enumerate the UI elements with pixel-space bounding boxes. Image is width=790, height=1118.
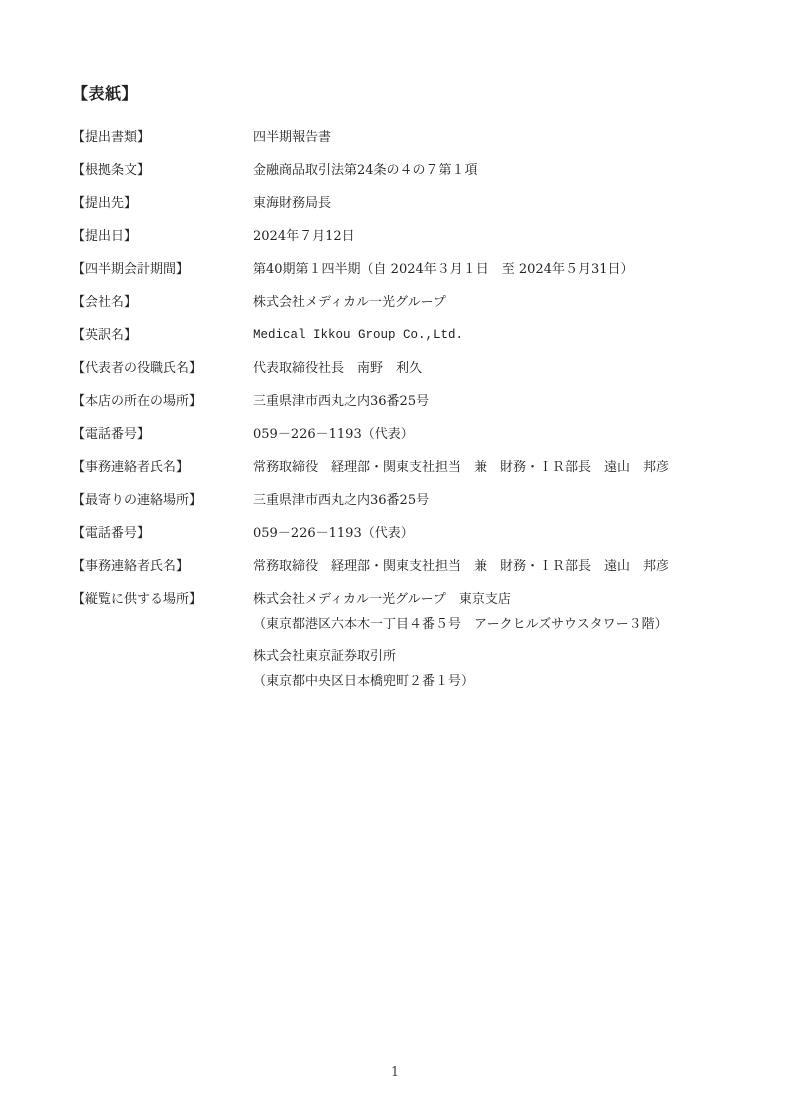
field-label: 【最寄りの連絡場所】: [72, 492, 253, 509]
field-label: 【本店の所在の場所】: [72, 393, 253, 410]
field-value: 059－226－1193（代表）: [253, 525, 750, 542]
field-label: 【電話番号】: [72, 426, 253, 443]
field-value: 株式会社メディカル一光グループ: [253, 294, 750, 311]
field-value: 代表取締役社長 南野 利久: [253, 360, 750, 377]
field-row-legal-basis: 【根拠条文】 金融商品取引法第24条の４の７第１項: [72, 162, 750, 179]
field-value: 第40期第１四半期（自 2024年３月１日 至 2024年５月31日）: [253, 261, 750, 278]
field-value: 常務取締役 経理部・関東支社担当 兼 財務・ＩＲ部長 遠山 邦彦: [253, 459, 750, 476]
field-value: 四半期報告書: [253, 129, 750, 146]
field-label: 【代表者の役職氏名】: [72, 360, 253, 377]
field-row-contact-person-1: 【事務連絡者氏名】 常務取締役 経理部・関東支社担当 兼 財務・ＩＲ部長 遠山 …: [72, 459, 750, 476]
inspection-place-address: （東京都中央区日本橋兜町２番１号）: [253, 673, 750, 690]
field-row-contact-person-2: 【事務連絡者氏名】 常務取締役 経理部・関東支社担当 兼 財務・ＩＲ部長 遠山 …: [72, 558, 750, 575]
field-row-company-name: 【会社名】 株式会社メディカル一光グループ: [72, 294, 750, 311]
inspection-place-address: （東京都港区六本木一丁目４番５号 アークヒルズサウスタワー３階）: [253, 616, 750, 633]
field-row-submitted-document: 【提出書類】 四半期報告書: [72, 129, 750, 146]
field-row-submission-date: 【提出日】 2024年７月12日: [72, 228, 750, 245]
field-value: 常務取締役 経理部・関東支社担当 兼 財務・ＩＲ部長 遠山 邦彦: [253, 558, 750, 575]
field-label: 【会社名】: [72, 294, 253, 311]
cover-title: 【表紙】: [72, 83, 750, 104]
field-label: 【英訳名】: [72, 327, 253, 344]
field-label: 【事務連絡者氏名】: [72, 558, 253, 575]
inspection-place-name: 株式会社メディカル一光グループ 東京支店: [253, 591, 750, 608]
field-label: 【提出日】: [72, 228, 253, 245]
field-row-english-name: 【英訳名】 Medical Ikkou Group Co.,Ltd.: [72, 327, 750, 344]
report-cover-page: 【表紙】 【提出書類】 四半期報告書 【根拠条文】 金融商品取引法第24条の４の…: [0, 0, 790, 690]
field-label: 【電話番号】: [72, 525, 253, 542]
field-row-phone-number-2: 【電話番号】 059－226－1193（代表）: [72, 525, 750, 542]
field-label: 【提出書類】: [72, 129, 253, 146]
field-value: 金融商品取引法第24条の４の７第１項: [253, 162, 750, 179]
field-value: 059－226－1193（代表）: [253, 426, 750, 443]
inspection-place: 株式会社メディカル一光グループ 東京支店 （東京都港区六本木一丁目４番５号 アー…: [253, 591, 750, 633]
field-label: 【縦覧に供する場所】: [72, 591, 253, 608]
field-row-phone-number-1: 【電話番号】 059－226－1193（代表）: [72, 426, 750, 443]
field-row-representative: 【代表者の役職氏名】 代表取締役社長 南野 利久: [72, 360, 750, 377]
field-value: Medical Ikkou Group Co.,Ltd.: [253, 327, 750, 344]
field-row-submitted-to: 【提出先】 東海財務局長: [72, 195, 750, 212]
page-number: 1: [0, 1065, 790, 1080]
field-row-public-inspection-places: 【縦覧に供する場所】 株式会社メディカル一光グループ 東京支店 （東京都港区六本…: [72, 591, 750, 690]
field-label: 【四半期会計期間】: [72, 261, 253, 278]
inspection-place: 株式会社東京証券取引所 （東京都中央区日本橋兜町２番１号）: [253, 648, 750, 690]
field-label: 【根拠条文】: [72, 162, 253, 179]
field-label: 【事務連絡者氏名】: [72, 459, 253, 476]
field-label: 【提出先】: [72, 195, 253, 212]
field-value: 2024年７月12日: [253, 228, 750, 245]
field-value: 株式会社メディカル一光グループ 東京支店 （東京都港区六本木一丁目４番５号 アー…: [253, 591, 750, 690]
inspection-place-name: 株式会社東京証券取引所: [253, 648, 750, 665]
field-value: 三重県津市西丸之内36番25号: [253, 492, 750, 509]
field-row-head-office-location: 【本店の所在の場所】 三重県津市西丸之内36番25号: [72, 393, 750, 410]
field-value: 三重県津市西丸之内36番25号: [253, 393, 750, 410]
field-row-quarterly-period: 【四半期会計期間】 第40期第１四半期（自 2024年３月１日 至 2024年５…: [72, 261, 750, 278]
field-value: 東海財務局長: [253, 195, 750, 212]
field-row-nearest-contact-location: 【最寄りの連絡場所】 三重県津市西丸之内36番25号: [72, 492, 750, 509]
